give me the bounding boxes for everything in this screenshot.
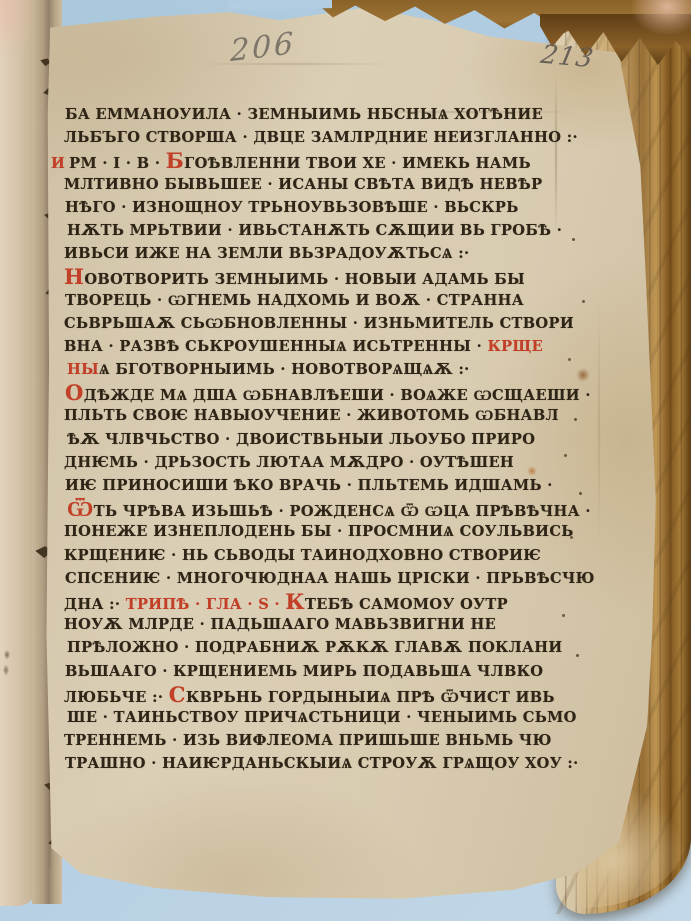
facing-page-edge [0,0,36,906]
ink-text: пльть своѥ навыоучение · животомь ѡбнавл [64,407,559,424]
manuscript-line: ѣѫ члвчьство · двоиствьныи льоубо приро [67,428,556,451]
manuscript-line: прѣложно · подрабниѫ рѫкѫ главѫ поклани [67,636,556,659]
ink-text: спсениѥ · многочюднаа нашь цріски · прьв… [65,570,595,587]
manuscript-line: вна · развѣ ськроушенныѧ исьтренны · крщ… [64,335,556,358]
manuscript-line: дна :· трипѣ · гла · ѕ · ктебѣ самомоу о… [64,590,556,613]
manuscript-line: одѣжде мѧ дша ѡбнавлѣеши · воѧже ѡсщаеши… [65,381,556,404]
manuscript-line: пльть своѥ навыоучение · животомь ѡбнавл [64,404,556,427]
ink-text: трашно · наиѥрданьскыиѧ строуѫ грѧщоу хо… [65,755,579,772]
ink-text: ивьси иже на земли вьзрадоуѫтьсѧ :· [64,245,469,262]
manuscript-line: ѿть чрѣва изьшьѣ · рожденсѧ ѿ ѡца прѣвѣч… [67,497,556,520]
ink-specks [574,418,577,421]
ink-text: ть чрѣва изьшьѣ · рожденсѧ ѿ ѡца прѣвѣчн… [94,503,591,520]
ink-text: ба емманоуила · земныимь нбсныѧ хотѣние [65,106,543,123]
ink-text: нѫть мрьтвии · ивьстанѫть сѫщии вь гробѣ… [67,222,562,239]
manuscript-line: творець · ѡгнемь надхомь и воѫ · странна [65,289,556,312]
rubric-text: и [51,155,65,172]
rubric-text: с [169,682,186,707]
ink-text: ѣѫ члвчьство · двоиствьныи льоубо приро [67,431,535,448]
manuscript-line: ныѧ бготворныимь · новотворѧщѧѫ :· [67,358,556,381]
ink-text: ноуѫ млрде · падьшааго мавьзвигни не [64,616,496,633]
ink-text: вна · развѣ ськроушенныѧ исьтренны · [64,338,487,355]
rubric-text: крще [487,338,543,355]
ink-text: кврьнь гордыныиѧ прѣ ѿчист ивь [186,689,555,706]
rubric-text: ны [67,361,99,378]
ink-text: крщениѥ · нь сьводы таинодховно створиѥ [64,547,541,564]
ink-text: ѧ бготворныимь · новотворѧщѧѫ :· [99,361,470,378]
background-gap [228,0,332,10]
manuscript-line: ноуѫ млрде · падьшааго мавьзвигни не [64,613,556,636]
manuscript-line: нѫть мрьтвии · ивьстанѫть сѫщии вь гробѣ… [67,219,556,242]
ink-text: треннемь · изь вифлеома пришьше вньмь чю [64,732,552,749]
ink-text: творець · ѡгнемь надхомь и воѫ · странна [65,292,524,309]
manuscript-line: сьврьшаѫ сьѡбновленны · изньмитель створ… [64,312,556,335]
manuscript-line: ирм · і · в · бгоѣвленни твои хе · имекь… [67,149,556,172]
ink-text: любьче :· [64,689,169,706]
manuscript-line: днѥмь · дрьзость лютаа мѫдро · оутѣшен [64,451,556,474]
manuscript-line: вьшааго · крщениемь мирь подавьша члвко [65,660,556,683]
rubric-text: к [285,589,305,614]
ink-text: млтивно бывьшее · исаны свѣта видѣ невѣр [64,176,542,193]
manuscript-line: льбъго створша · двце замлрдние неизглан… [64,126,556,149]
rubric-text: б [166,148,184,173]
ink-text: ше · таиньствоу причѧстьници · ченыимь с… [67,709,577,726]
ink-text: дна :· [64,596,126,613]
manuscript-line: нѣго · изнощноу трьноувьзовѣше · вьскрь [65,196,556,219]
manuscript-line: млтивно бывьшее · исаны свѣта видѣ невѣр [64,173,556,196]
ink-text: прѣложно · подрабниѫ рѫкѫ главѫ поклани [67,639,563,656]
ink-text: гоѣвленни твои хе · имекь намь [184,155,531,172]
manuscript-photo: 206 213 ба емманоуила · земныимь нбсныѧ … [0,0,691,921]
ink-text: рм · і · в · [69,155,166,172]
manuscript-line: трашно · наиѥрданьскыиѧ строуѫ грѧщоу хо… [65,752,556,775]
manuscript-line: ба емманоуила · земныимь нбсныѧ хотѣние [65,103,556,126]
manuscript-line: ше · таиньствоу причѧстьници · ченыимь с… [67,706,556,729]
folio-number-pencil-right: 213 [538,40,596,74]
manuscript-line: любьче :· скврьнь гордыныиѧ прѣ ѿчист ив… [64,683,556,706]
rubric-text: н [64,264,84,289]
manuscript-line: треннемь · изь вифлеома пришьше вньмь чю [64,729,556,752]
ink-text: тебѣ самомоу оутр [305,596,508,613]
rubric-text: о [65,380,84,405]
ink-text: вьшааго · крщениемь мирь подавьша члвко [65,663,543,680]
rubric-text: трипѣ · гла · ѕ · [126,596,286,613]
ink-text: иѥ приносиши ѣко врачь · пльтемь идшамь … [65,477,553,494]
text-block: ба емманоуила · земныимь нбсныѧ хотѣниел… [64,103,556,775]
ink-text: понеже изнеплодень бы · просмниѧ соульви… [64,523,574,540]
margin-showthrough-marks [2,648,12,682]
damaged-edge-pink-patch [632,0,691,34]
manuscript-line: ивьси иже на земли вьзрадоуѫтьсѧ :· [64,242,556,265]
ink-text: овотворить земныимь · новыи адамь бы [84,271,525,288]
ink-text: льбъго створша · двце замлрдние неизглан… [64,129,578,146]
ink-text: сьврьшаѫ сьѡбновленны · изньмитель створ… [64,315,574,332]
rubric-text: ѿ [67,496,94,521]
manuscript-line: крщениѥ · нь сьводы таинодховно створиѥ [64,544,556,567]
manuscript-line: иѥ приносиши ѣко врачь · пльтемь идшамь … [65,474,556,497]
manuscript-line: спсениѥ · многочюднаа нашь цріски · прьв… [65,567,556,590]
ink-text: днѥмь · дрьзость лютаа мѫдро · оутѣшен [64,454,514,471]
manuscript-line: понеже изнеплодень бы · просмниѧ соульви… [64,520,556,543]
manuscript-line: новотворить земныимь · новыи адамь бы [64,265,556,288]
ink-text: нѣго · изнощноу трьноувьзовѣше · вьскрь [65,199,519,216]
ink-text: дѣжде мѧ дша ѡбнавлѣеши · воѧже ѡсщаеши … [84,387,591,404]
